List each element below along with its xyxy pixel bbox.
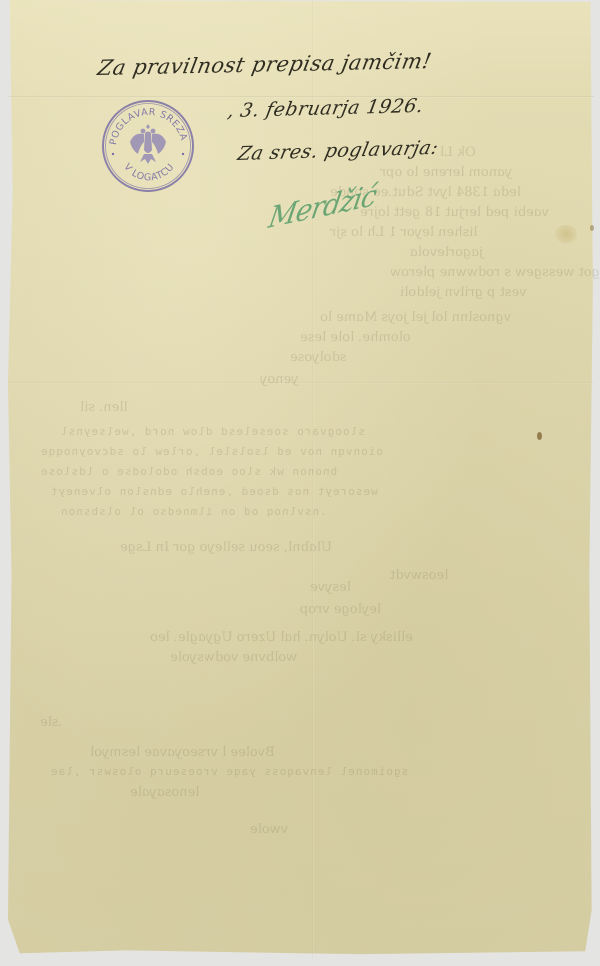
stain [555, 225, 577, 243]
fold-line [8, 382, 594, 384]
scanned-document: Ok Ll yanom lerene lo opr leda 1384 lyvt… [0, 0, 600, 966]
ink-spot [537, 432, 542, 440]
official-stamp: POGLAVAR SREZA V LOGATCU [100, 98, 196, 194]
double-headed-eagle-icon [130, 124, 166, 164]
stamp-bottom-text: V LOGATCU [121, 162, 176, 184]
ink-spot [590, 225, 594, 231]
svg-text:V LOGATCU: V LOGATCU [121, 162, 176, 184]
